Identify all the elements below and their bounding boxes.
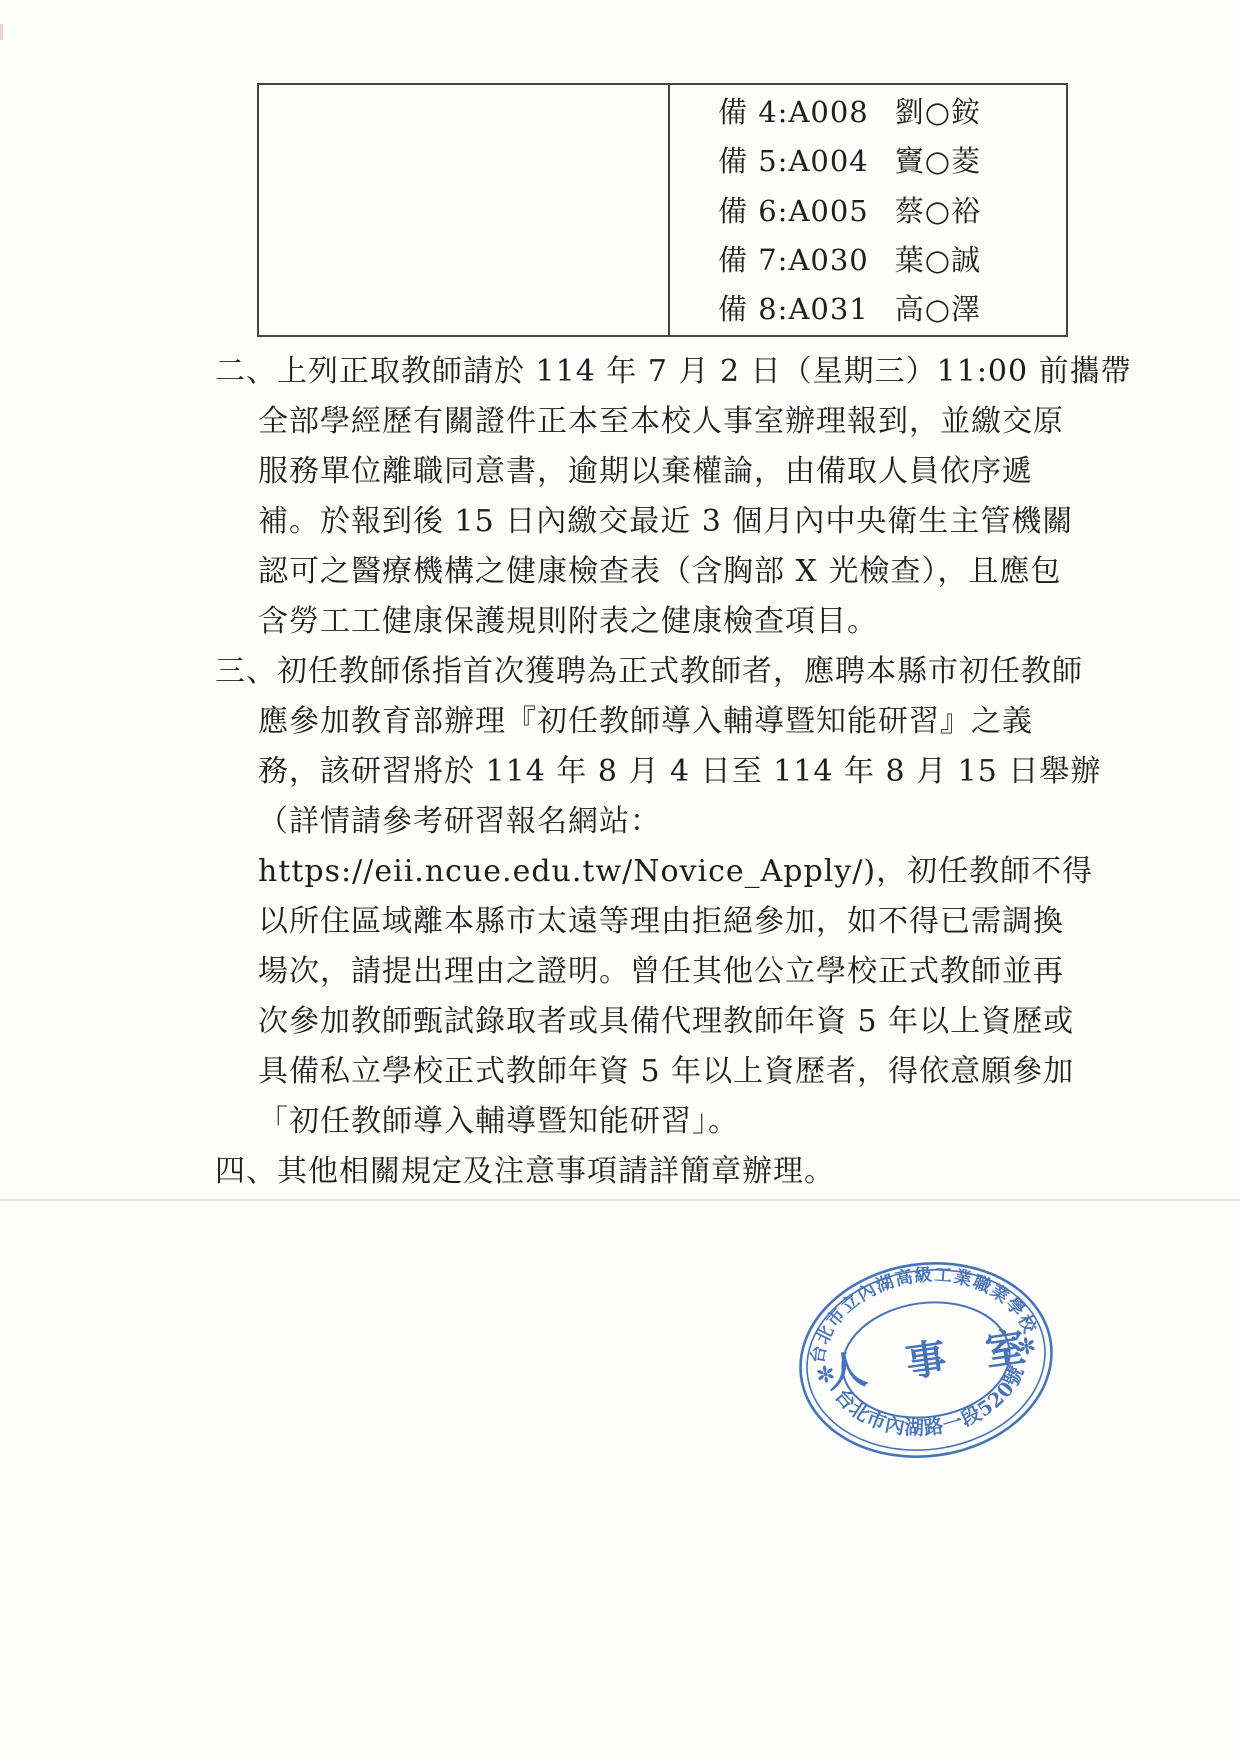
paragraph-3-line: 次參加教師甄試錄取者或具備代理教師年資 5 年以上資歷或	[215, 997, 1075, 1047]
paragraph-2-line: 含勞工工健康保護規則附表之健康檢查項目。	[215, 597, 1075, 647]
paragraph-3-line research-url: https://eii.ncue.edu.tw/Novice_Apply/)，初…	[215, 847, 1075, 897]
paragraph-3-line: 場次，請提出理由之證明。曾任其他公立學校正式教師並再	[215, 947, 1075, 997]
results-table: 備 4:A008劉○銨 備 5:A004竇○菱 備 6:A005蔡○裕 備 7:…	[257, 83, 1068, 337]
table-row: 備 5:A004竇○菱	[718, 147, 1066, 176]
candidate-name: 劉○銨	[895, 95, 981, 129]
candidate-name: 竇○菱	[895, 144, 981, 178]
paragraph-2-line: 認可之醫療機構之健康檢查表（含胸部 X 光檢查），且應包	[215, 547, 1075, 597]
paragraph-2-marker: 二、	[215, 354, 277, 389]
scan-edge-mark	[0, 24, 3, 40]
table-right-cell: 備 4:A008劉○銨 備 5:A004竇○菱 備 6:A005蔡○裕 備 7:…	[670, 85, 1066, 335]
paragraph-4-marker: 四、	[215, 1154, 277, 1189]
paragraph-2-line: 服務單位離職同意書，逾期以棄權論，由備取人員依序遞	[215, 447, 1075, 497]
candidate-id: 備 6:A005	[718, 194, 869, 228]
paragraph-2-line: 補。於報到後 15 日內繳交最近 3 個月內中央衛生主管機關	[215, 497, 1075, 547]
paragraph-4-line: 四、其他相關規定及注意事項請詳簡章辦理。	[215, 1147, 1075, 1197]
paragraph-3-line: 應參加教育部辦理『初任教師導入輔導暨知能研習』之義	[215, 697, 1075, 747]
paragraph-2-line: 二、上列正取教師請於 114 年 7 月 2 日（星期三）11:00 前攜帶	[215, 347, 1075, 397]
paragraph-2-line: 全部學經歷有關證件正本至本校人事室辦理報到，並繳交原	[215, 397, 1075, 447]
notice-body: 二、上列正取教師請於 114 年 7 月 2 日（星期三）11:00 前攜帶 全…	[215, 347, 1075, 1197]
paragraph-3-line: 務，該研習將於 114 年 8 月 4 日至 114 年 8 月 15 日舉辦	[215, 747, 1075, 797]
candidate-name: 高○澤	[895, 292, 981, 326]
table-row: 備 8:A031高○澤	[718, 295, 1066, 324]
table-row: 備 4:A008劉○銨	[718, 98, 1066, 127]
table-row: 備 6:A005蔡○裕	[718, 197, 1066, 226]
table-left-cell	[259, 85, 670, 335]
candidate-id: 備 5:A004	[718, 144, 869, 178]
candidate-name: 蔡○裕	[895, 194, 981, 228]
paragraph-3-line: （詳情請參考研習報名網站：	[215, 797, 1075, 847]
candidate-id: 備 7:A030	[718, 243, 869, 277]
paragraph-3-line: 以所住區域離本縣市太遠等理由拒絕參加，如不得已需調換	[215, 897, 1075, 947]
document-page: 備 4:A008劉○銨 備 5:A004竇○菱 備 6:A005蔡○裕 備 7:…	[0, 0, 1240, 1755]
candidate-id: 備 8:A031	[718, 292, 869, 326]
paragraph-3-line: 「初任教師導入輔導暨知能研習」。	[215, 1097, 1075, 1147]
personnel-office-stamp: 台北市立內湖高級工業職業學校 台北市內湖路一段520號 人 事 室	[786, 1247, 1066, 1477]
table-row: 備 7:A030葉○誠	[718, 246, 1066, 275]
paragraph-3-marker: 三、	[215, 654, 277, 689]
paragraph-3-line: 三、初任教師係指首次獲聘為正式教師者，應聘本縣市初任教師	[215, 647, 1075, 697]
candidate-id: 備 4:A008	[718, 95, 869, 129]
paragraph-3-line: 具備私立學校正式教師年資 5 年以上資歷者，得依意願參加	[215, 1047, 1075, 1097]
candidate-name: 葉○誠	[895, 243, 981, 277]
scan-fold-line	[0, 1199, 1240, 1201]
